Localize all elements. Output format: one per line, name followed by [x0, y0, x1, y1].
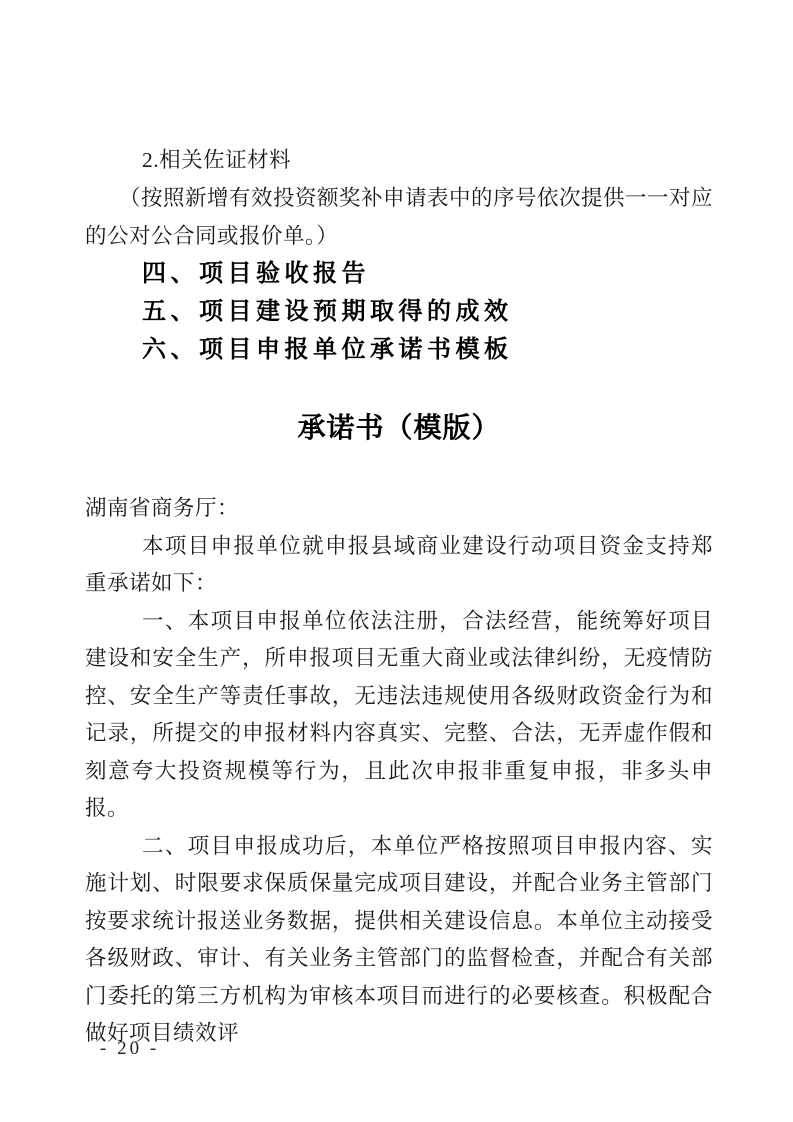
- document-page: 2.相关佐证材料 （按照新增有效投资额奖补申请表中的序号依次提供一一对应的公对公…: [0, 0, 793, 1122]
- attachment-list: 2.相关佐证材料 （按照新增有效投资额奖补申请表中的序号依次提供一一对应的公对公…: [85, 141, 713, 369]
- document-content: 2.相关佐证材料 （按照新增有效投资额奖补申请表中的序号依次提供一一对应的公对公…: [85, 141, 713, 1053]
- letter-title: 承诺书（模版）: [85, 406, 713, 451]
- letter-paragraph-intro: 本项目申报单位就申报县域商业建设行动项目资金支持郑重承诺如下：: [85, 528, 713, 603]
- heading-project-acceptance-report: 四、项目验收报告: [85, 255, 713, 293]
- list-item-supporting-materials: 2.相关佐证材料: [85, 141, 713, 179]
- letter-paragraph-commitment-2: 二、项目申报成功后，本单位严格按照项目申报内容、实施计划、时限要求保质保量完成项…: [85, 828, 713, 1053]
- letter-body: 湖南省商务厅： 本项目申报单位就申报县域商业建设行动项目资金支持郑重承诺如下： …: [85, 490, 713, 1053]
- page-number: - 20 -: [100, 1038, 159, 1060]
- letter-paragraph-commitment-1: 一、本项目申报单位依法注册，合法经营，能统筹好项目建设和安全生产，所申报项目无重…: [85, 603, 713, 828]
- heading-commitment-letter-template: 六、项目申报单位承诺书模板: [85, 331, 713, 369]
- heading-expected-results: 五、项目建设预期取得的成效: [85, 293, 713, 331]
- letter-salutation: 湖南省商务厅：: [85, 490, 713, 528]
- list-item-note: （按照新增有效投资额奖补申请表中的序号依次提供一一对应的公对公合同或报价单。）: [85, 179, 713, 255]
